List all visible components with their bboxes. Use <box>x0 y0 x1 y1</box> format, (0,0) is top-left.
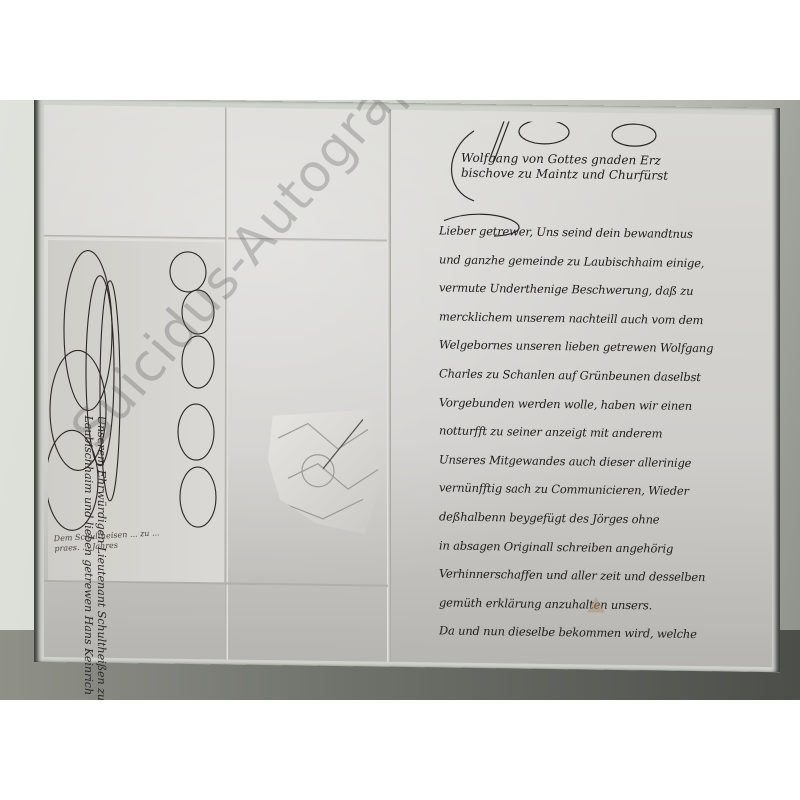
letter-body: Wolfgang von Gottes gnaden Erz bischove … <box>439 140 769 650</box>
letter-line: Charles zu Schanlen auf Grünbeunen dasel… <box>439 359 769 392</box>
fold-line-vertical-right <box>387 110 391 662</box>
letter-line: vernünfftig sach zu Communicieren, Wiede… <box>439 474 769 507</box>
letter-line: mercklichem unserem nachteill auch vom d… <box>439 302 769 335</box>
letter-line: Da und nun dieselbe bekommen wird, welch… <box>439 617 769 650</box>
letter-line: gemüth erklärung anzuhalten unsers. <box>439 588 769 621</box>
letter-line: notturfft zu seiner anzeigt mit anderem <box>439 417 769 450</box>
letter-line: in absagen Originall schreiben angehörig <box>439 531 769 564</box>
letter-line: Unseres Mitgewandes auch dieser allerini… <box>439 445 769 478</box>
document-photo: Unserem Ehrwürdigen Lieutenant Schulthei… <box>0 100 800 700</box>
letter-line: Verhinnerschaffen und aller zeit und des… <box>439 560 769 593</box>
address-line: Laubischhaim und lieben getrewen Hans Ke… <box>82 415 95 700</box>
initial-flourish-icon <box>434 120 764 245</box>
seal-icon <box>268 408 386 540</box>
letter-line: deßhalbenn beygefügt des Jörges ohne <box>439 502 769 535</box>
letter-line: Vorgebunden werden wolle, haben wir eine… <box>439 388 769 421</box>
letter-line: und ganzhe gemeinde zu Laubischhaim eini… <box>439 245 769 278</box>
letter-line: vermute Underthenige Beschwerung, daß zu <box>439 274 769 307</box>
letter-lines: Lieber getrewer, Uns seind dein bewandtn… <box>439 216 769 650</box>
letter-line: Welgebornes unseren lieben getrewen Wolf… <box>439 331 769 364</box>
fold-line-vertical-left <box>225 107 228 659</box>
